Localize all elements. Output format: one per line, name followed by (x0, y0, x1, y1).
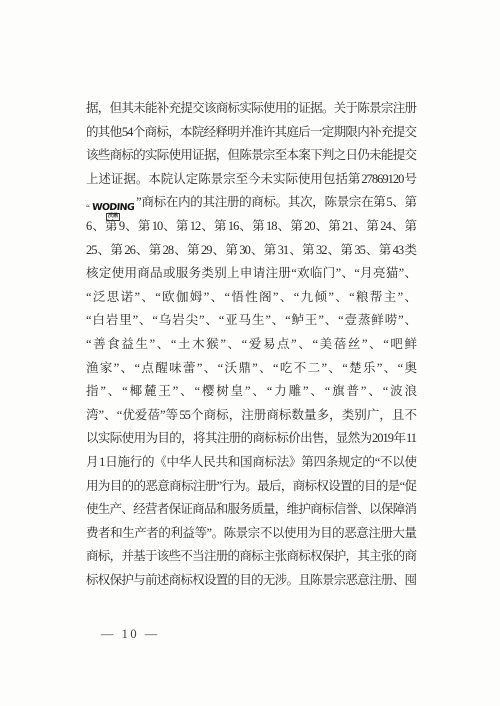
text-line: 用为目的的恶意商标注册”行为。最后，商标权设置的目的是“促 (86, 475, 416, 499)
woding-logo-text: WODING (92, 203, 135, 212)
text-line: 费者和生产者的利益等”。陈景宗不以使用为目的恶意注册大量 (86, 522, 416, 546)
text-line: 据，但其未能补充提交该商标实际使用的证据。关于陈景宗注册 (86, 97, 416, 121)
text-line: 该些商标的实际使用证据，但陈景宗至本案下判之日仍未能提交 (86, 144, 416, 168)
text-line: “白岩里”、“乌岩尖”、“亚马生”、“鲈王”、“壹蒸鲜唠”、 (86, 309, 416, 333)
text-line: 的其他 54 个商标，本院经释明并准许其庭后一定期限内补充提交 (86, 121, 416, 145)
text-line: 25、第 26、第 28、第 29、第 30、第 31、第 32、第 35、第 … (86, 239, 416, 263)
text-line: 指”、“椰麓王”、“樱树皇”、“力雕”、“旗普”、“波浪 (86, 380, 416, 404)
text-line: 使生产、经营者保证商品和服务质量，维护商标信誉、以保障消 (86, 498, 416, 522)
text-line: 商标，并基于该些不当注册的商标主张商标权保护，其主张的商 (86, 545, 416, 569)
text-line: 渔家”、“点醒味蕾”、“沃鼎”、“吃不二”、“楚乐”、“奥 (86, 357, 416, 381)
text-line: “善食益生”、“土木猴”、“爱易点”、“美蓓丝”、“吧鲜 (86, 333, 416, 357)
text-line-rest: ” 商标在内的其注册的商标。其次，陈景宗在第 5、第 (136, 195, 416, 209)
body-text: 据，但其未能补充提交该商标实际使用的证据。关于陈景宗注册 的其他 54 个商标，… (86, 97, 416, 592)
text-line: 以实际使用为目的，将其注册的商标标价出售，显然为 2019 年 11 (86, 427, 416, 451)
logo-open-quote: “ (86, 203, 90, 213)
text-line: “泛思诺”、“欧伽姆”、“悟性阁”、“九倾”、“粮帮主”、 (86, 286, 416, 310)
text-line: 月 1 日施行的《中华人民共和国商标法》第四条规定的“不以使 (86, 451, 416, 475)
text-line: 6、第 9、第 10、第 12、第 16、第 18、第 20、第 21、第 24… (86, 215, 416, 239)
text-line-with-logo: “ WODING 沃鼎 ” 商标在内的其注册的商标。其次，陈景宗在第 5、第 (86, 191, 416, 215)
page-number: — 10 — (101, 627, 160, 642)
text-line: 核定使用商品或服务类别上申请注册“欢临门”、“月亮猫”、 (86, 262, 416, 286)
text-line: 上述证据。本院认定陈景宗至今未实际使用包括第 27869120 号 (86, 168, 416, 192)
text-line: 标权保护与前述商标权设置的目的无涉。且陈景宗恶意注册、囤 (86, 569, 416, 593)
document-page: 据，但其未能补充提交该商标实际使用的证据。关于陈景宗注册 的其他 54 个商标，… (0, 0, 500, 706)
text-line: 湾”、“优爱蓓”等 55 个商标，注册商标数量多，类别广，且不 (86, 404, 416, 428)
